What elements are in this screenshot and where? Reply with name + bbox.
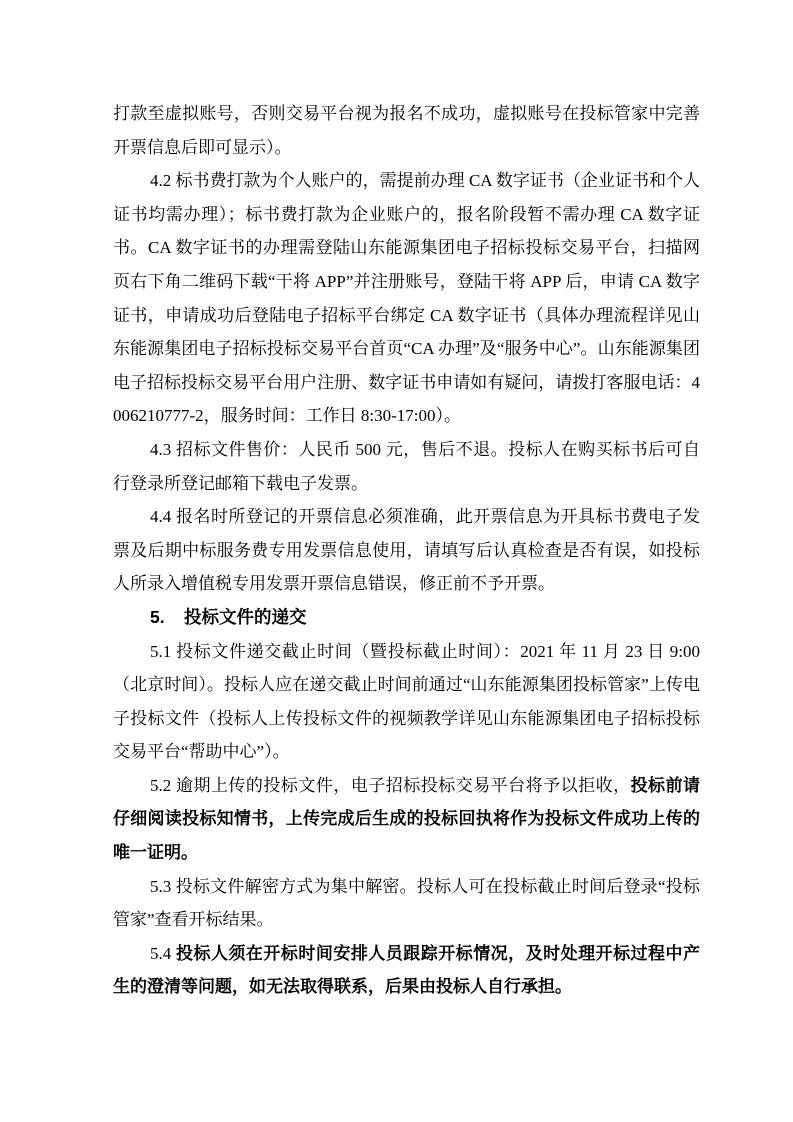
paragraph-4-1-continuation: 打款至虚拟账号，否则交易平台视为报名不成功，虚拟账号在投标管家中完善开票信息后即… [113, 97, 700, 164]
paragraph-5-1: 5.1 投标文件递交截止时间（暨投标截止时间）：2021 年 11 月 23 日… [113, 635, 700, 769]
paragraph-4-2: 4.2 标书费打款为个人账户的，需提前办理 CA 数字证书（企业证书和个人证书均… [113, 164, 700, 433]
paragraph-5-4-bold-run: 投标人须在开标时间安排人员跟踪开标情况，及时处理开标过程中产生的澄清等问题，如无… [113, 944, 700, 997]
paragraph-5-4-number-run: 5.4 [150, 944, 176, 963]
paragraph-5-3: 5.3 投标文件解密方式为集中解密。投标人可在投标截止时间后登录“投标管家”查看… [113, 870, 700, 937]
paragraph-5-4: 5.4 投标人须在开标时间安排人员跟踪开标情况，及时处理开标过程中产生的澄清等问… [113, 937, 700, 1004]
paragraph-5-2-regular-run: 5.2 逾期上传的投标文件，电子招标投标交易平台将予以拒收， [150, 776, 631, 795]
section-5-title: 投标文件的递交 [184, 607, 307, 627]
section-5-heading: 5.投标文件的递交 [113, 601, 700, 635]
paragraph-4-4: 4.4 报名时所登记的开票信息必须准确，此开票信息为开具标书费电子发票及后期中标… [113, 500, 700, 601]
paragraph-5-2: 5.2 逾期上传的投标文件，电子招标投标交易平台将予以拒收，投标前请仔细阅读投标… [113, 769, 700, 870]
paragraph-4-3: 4.3 招标文件售价：人民币 500 元，售后不退。投标人在购买标书后可自行登录… [113, 433, 700, 500]
document-body: 打款至虚拟账号，否则交易平台视为报名不成功，虚拟账号在投标管家中完善开票信息后即… [113, 97, 700, 1004]
document-page: 打款至虚拟账号，否则交易平台视为报名不成功，虚拟账号在投标管家中完善开票信息后即… [0, 0, 793, 1122]
section-5-number: 5. [150, 601, 184, 635]
